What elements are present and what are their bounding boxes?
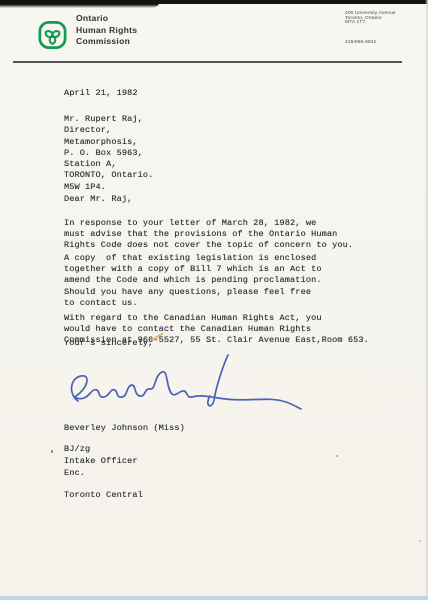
ontario-trillium-logo-icon	[38, 20, 67, 50]
recipient-address-block: Mr. Rupert Raj, Director, Metamorphosis,…	[64, 114, 153, 193]
scan-speck	[51, 450, 53, 453]
letterhead-phone: 416/965-6841	[345, 40, 376, 45]
complimentary-closing: Your s sincerely,	[64, 338, 153, 349]
scan-top-left-edge	[0, 0, 160, 8]
body-paragraph-1: In response to your letter of March 28, …	[64, 218, 353, 252]
signer-title: Intake Officer	[64, 456, 185, 467]
body-paragraph-3: Should you have any questions, please fe…	[64, 287, 311, 310]
letterhead-address: 400 University Avenue Toronto, Ontario M…	[345, 12, 396, 26]
scan-speck	[336, 455, 338, 457]
salutation: Dear Mr. Raj,	[64, 194, 132, 205]
scan-bottom-edge	[0, 596, 428, 600]
body-paragraph-2: A copy of that existing legislation is e…	[64, 253, 322, 287]
signer-name: Beverley Johnson (Miss)	[64, 423, 185, 434]
letter-date: April 21, 1982	[64, 88, 138, 99]
letterhead-rule	[13, 61, 402, 63]
signature-block: Beverley Johnson (Miss) Intake Officer T…	[64, 400, 185, 524]
scan-speck	[419, 540, 421, 542]
scanned-letter-page: Ontario Human Rights Commission 400 Univ…	[0, 0, 428, 600]
signer-office: Toronto Central	[64, 490, 185, 501]
org-name: Ontario Human Rights Commission	[76, 13, 137, 48]
enclosure-notation: Enc.	[64, 468, 85, 479]
reference-initials: BJ/zg	[64, 444, 90, 455]
